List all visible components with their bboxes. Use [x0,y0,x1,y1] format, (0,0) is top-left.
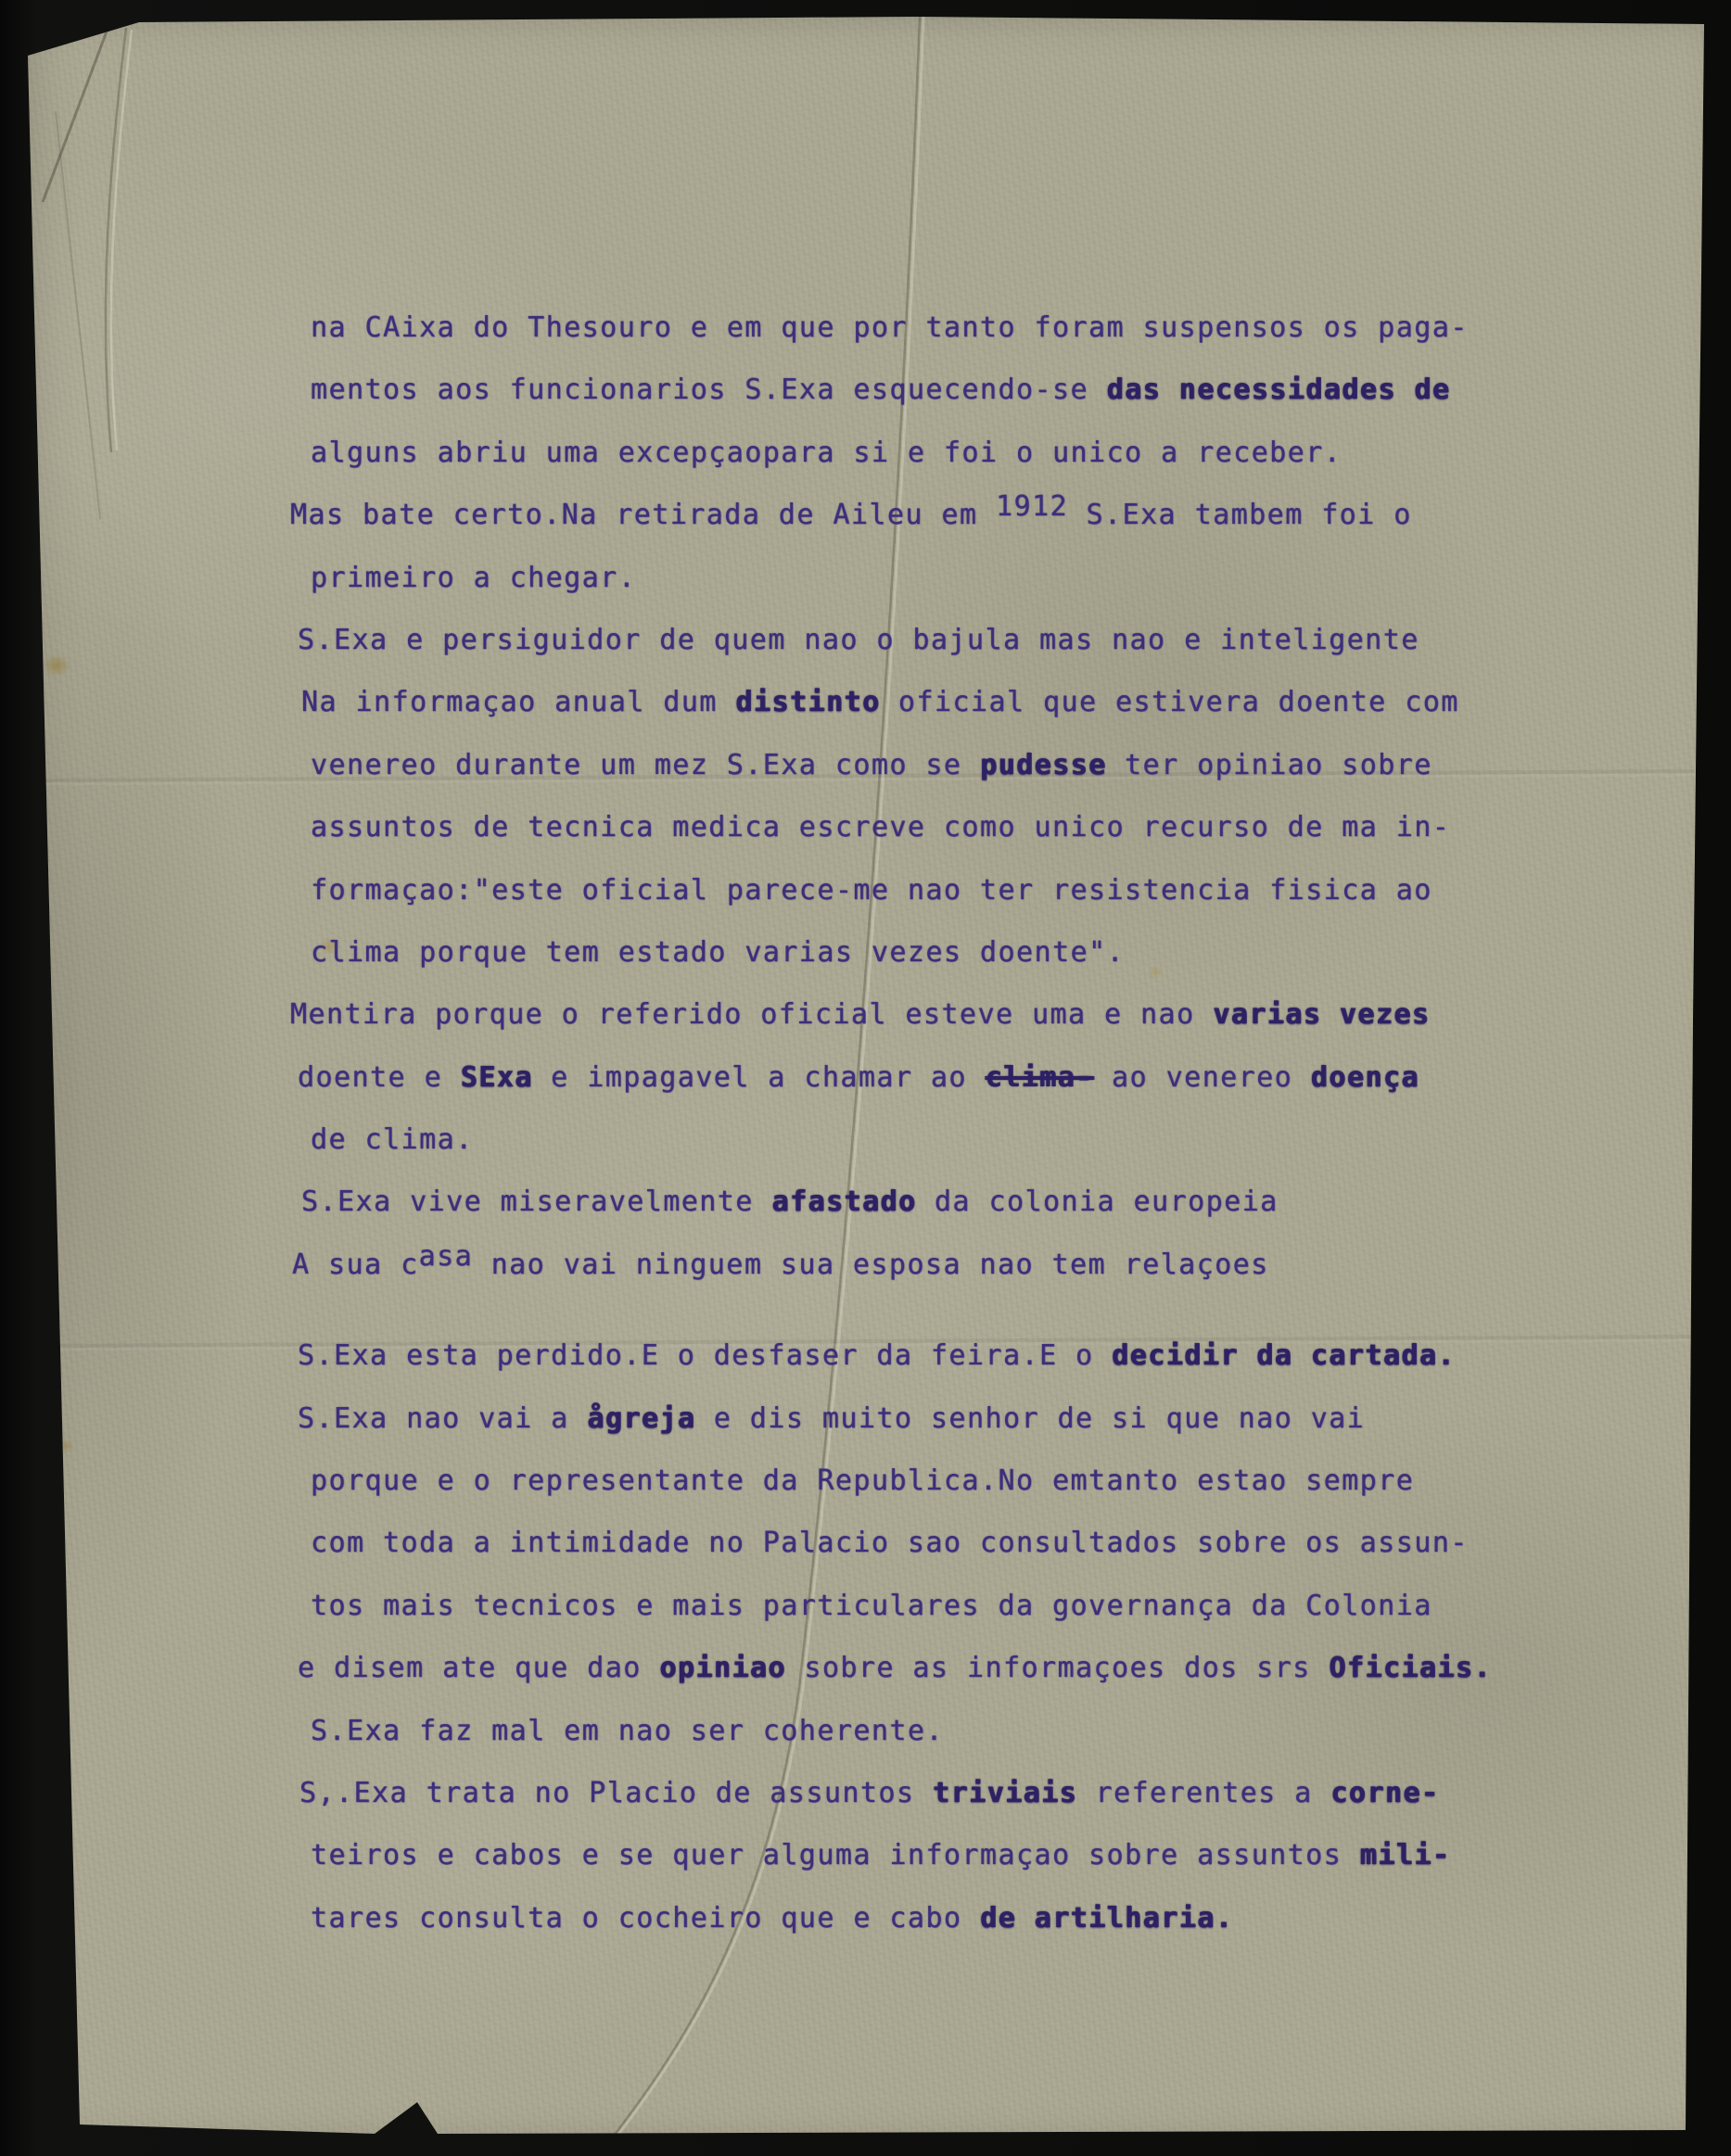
typed-segment: pudesse [980,749,1107,781]
typed-segment: sobre as informaçoes dos srs [786,1652,1329,1684]
typed-segment: afastado [771,1186,916,1218]
typed-line: doente e SExa e impagavel a chamar ao cl… [298,1046,1544,1109]
typed-segment: S.Exa tambem foi o [1068,499,1412,531]
typed-segment: S.Exa nao vai a [298,1402,587,1435]
typed-segment: ao venereo [1094,1061,1311,1094]
typed-line: Na informaçao anual dum distinto oficial… [301,671,1544,733]
corner-fold-line [106,28,126,452]
typed-line: A sua casa nao vai ninguem sua esposa na… [292,1234,1544,1296]
typed-segment: ter opiniao sobre [1107,749,1432,781]
typed-line: venereo durante um mez S.Exa como se pud… [311,734,1544,796]
typed-segment: SExa [461,1061,533,1094]
typed-line: alguns abriu uma excepçaopara si e foi o… [311,422,1544,484]
typed-segment: tos mais tecnicos e mais particulares da… [311,1590,1432,1622]
typed-segment: mentos aos funcionarios S.Exa esquecendo… [311,374,1107,406]
typed-line: mentos aos funcionarios S.Exa esquecendo… [311,359,1544,421]
typed-segment: primeiro a chegar. [311,562,636,594]
typed-segment: decidir da cartada. [1112,1339,1456,1372]
typed-segment: nao vai ninguem sua esposa nao tem relaç… [473,1249,1269,1281]
typed-segment: S.Exa e persiguidor de quem nao o bajula… [298,624,1419,656]
typed-line: tos mais tecnicos e mais particulares da… [311,1575,1544,1637]
typed-line: tares consulta o cocheiro que e cabo de … [311,1887,1544,1949]
typed-line: porque e o representante da Republica.No… [311,1450,1544,1512]
typed-segment: tares consulta o cocheiro que e cabo [311,1902,980,1934]
typed-segment: formaçao:"este oficial parece-me nao ter… [311,874,1432,907]
typed-segment: Oficiais. [1329,1652,1492,1684]
typed-segment: S.Exa esta perdido.E o desfaser da feira… [298,1339,1112,1372]
typed-segment: mili- [1360,1839,1451,1871]
corner-fold-highlight [111,30,132,450]
typed-segment: e disem ate que dao [298,1652,659,1684]
typed-line: S.Exa faz mal em nao ser coherente. [311,1700,1544,1762]
corner-fold-line [43,24,109,202]
typed-segment: A sua c [292,1249,419,1281]
typed-segment: Na informaçao anual dum [301,686,735,718]
typed-segment: porque e o representante da Republica.No… [311,1465,1414,1497]
typed-segment: doença [1311,1061,1419,1094]
typed-segment: S,.Exa trata no Placio de assuntos [299,1777,933,1809]
typed-line: S.Exa vive miseravelmente afastado da co… [301,1171,1544,1233]
typed-segment: da colonia europeia [916,1186,1278,1218]
typed-line: e disem ate que dao opiniao sobre as inf… [298,1637,1544,1699]
typed-line: de clima. [311,1109,1544,1171]
typed-line: primeiro a chegar. [311,547,1544,609]
stain [57,1439,74,1453]
typed-segment: distinto [735,686,880,718]
typed-segment: Mentira porque o referido oficial esteve… [290,998,1213,1031]
typed-line: S,.Exa trata no Placio de assuntos trivi… [299,1762,1544,1824]
typed-line: com toda a intimidade no Palacio sao con… [311,1512,1544,1574]
paper-sheet: na CAixa do Thesouro e em que por tanto … [0,0,1731,2156]
typed-segment: corne- [1330,1777,1439,1809]
typed-line: S.Exa esta perdido.E o desfaser da feira… [298,1325,1544,1387]
typed-line: assuntos de tecnica medica escreve como … [311,796,1544,858]
typed-segment: e dis muito senhor de si que nao vai [695,1402,1365,1435]
typed-line: formaçao:"este oficial parece-me nao ter… [311,859,1544,921]
typed-text: na CAixa do Thesouro e em que por tanto … [311,297,1544,1949]
typed-segment: com toda a intimidade no Palacio sao con… [311,1527,1469,1559]
typed-segment: de artilharia. [980,1902,1233,1934]
typed-segment: de clima. [311,1123,474,1156]
typed-line: Mentira porque o referido oficial esteve… [290,983,1544,1046]
typed-segment: varias vezes [1213,998,1430,1031]
typed-segment: triviais [933,1777,1077,1809]
typed-segment: e impagavel a chamar ao [533,1061,986,1094]
typed-segment: oficial que estivera doente com [880,686,1458,718]
typed-segment: das necessidades de [1107,374,1451,406]
typed-segment: opiniao [659,1652,786,1684]
typed-line: na CAixa do Thesouro e em que por tanto … [311,297,1544,359]
struck-word: clima- [985,1061,1093,1094]
typed-segment: clima porque tem estado varias vezes doe… [311,936,1125,969]
typed-line: clima porque tem estado varias vezes doe… [311,921,1544,983]
typed-segment: alguns abriu uma excepçaopara si e foi o… [311,437,1342,469]
typed-segment: teiros e cabos e se quer alguma informaç… [311,1839,1360,1871]
stain [43,654,70,677]
typed-segment: assuntos de tecnica medica escreve como … [311,811,1450,843]
corner-fold-line [56,111,100,519]
typed-line: teiros e cabos e se quer alguma informaç… [311,1824,1544,1886]
scan-background: na CAixa do Thesouro e em que por tanto … [0,0,1731,2156]
typed-segment: S.Exa faz mal em nao ser coherente. [311,1715,944,1747]
typed-segment: S.Exa vive miseravelmente [301,1186,771,1218]
typed-segment: asa [419,1240,474,1273]
typed-segment: ågreja [587,1402,695,1435]
typed-segment: 1912 [996,490,1068,523]
typed-line: S.Exa e persiguidor de quem nao o bajula… [298,609,1544,671]
typed-segment: referentes a [1077,1777,1330,1809]
typed-segment: na CAixa do Thesouro e em que por tanto … [311,311,1469,344]
typed-segment: venereo durante um mez S.Exa como se [311,749,980,781]
typed-line: Mas bate certo.Na retirada de Aileu em 1… [290,484,1544,546]
typed-line: S.Exa nao vai a ågreja e dis muito senho… [298,1388,1544,1450]
typed-segment: doente e [298,1061,461,1094]
typed-segment: Mas bate certo.Na retirada de Aileu em [290,499,996,531]
